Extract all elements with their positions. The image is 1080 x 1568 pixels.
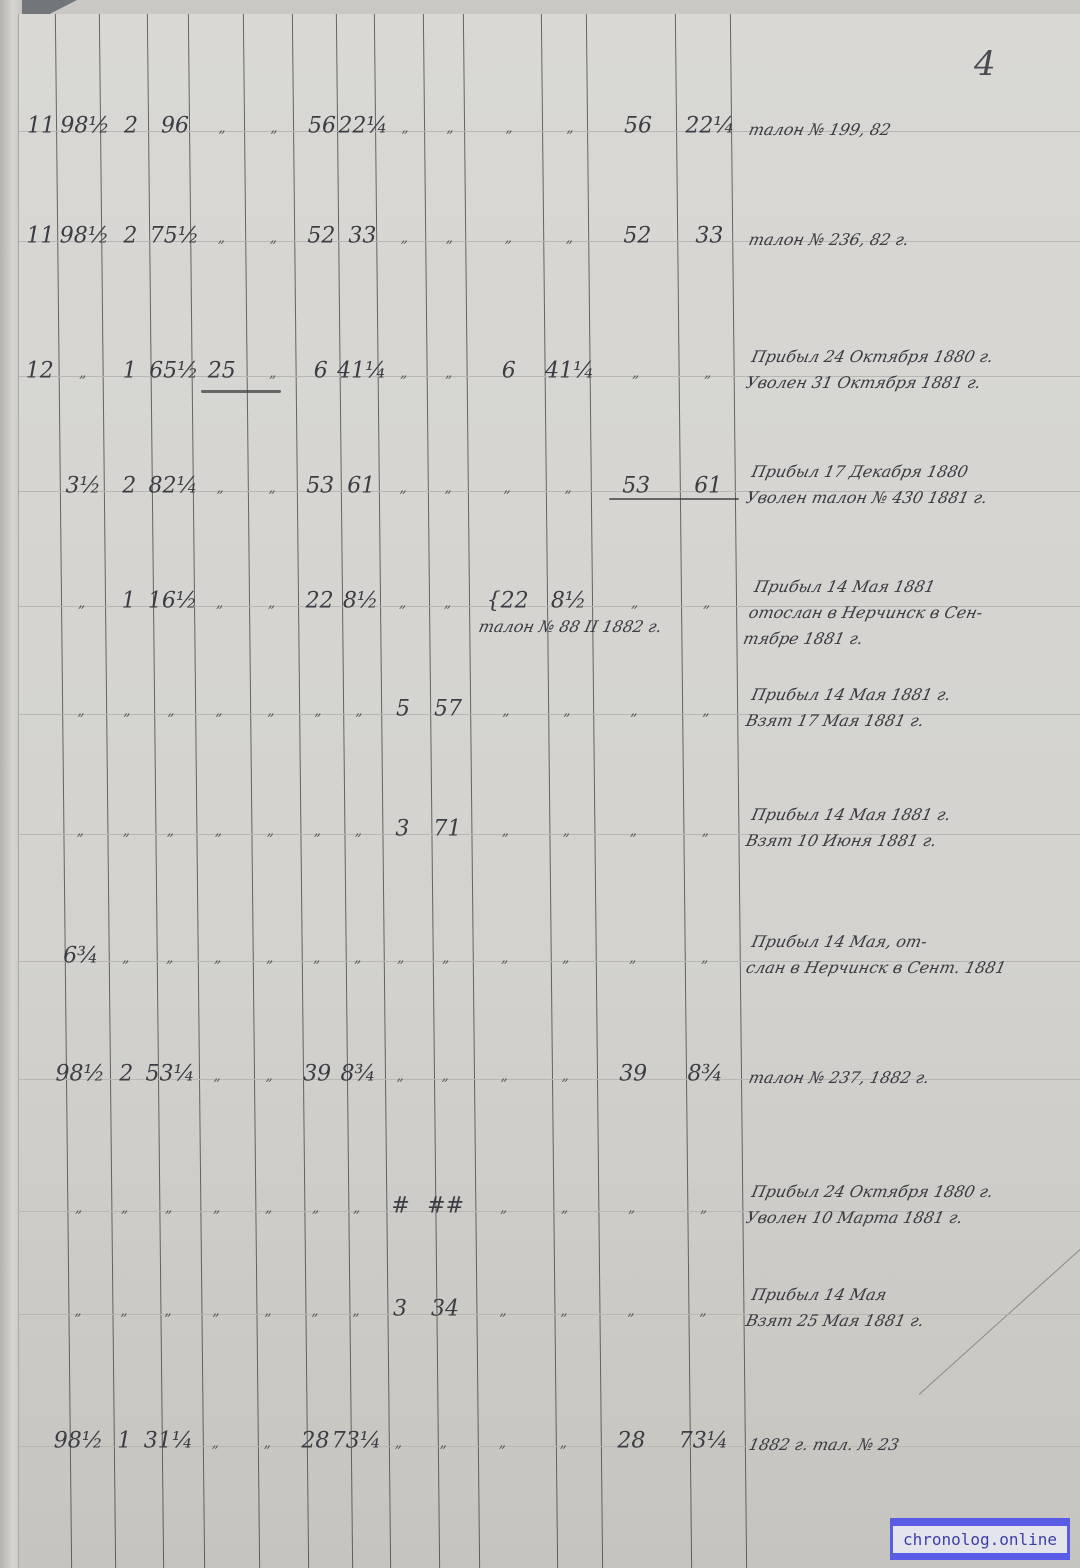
ledger-cell: 3: [395, 817, 409, 842]
column-rule: [463, 14, 480, 1568]
row-note: Прибыл 14 Мая, от-слан в Нерчинск в Сент…: [743, 929, 1014, 981]
note-line: Прибыл 14 Мая, от-: [749, 929, 1014, 955]
note-line: Уволен талон № 430 1881 г.: [743, 485, 989, 511]
column-rule: [675, 14, 692, 1568]
ledger-cell: 33: [695, 224, 723, 249]
ledger-cell: „: [311, 1303, 320, 1319]
note-line: талон № 236, 82 г.: [746, 227, 911, 253]
ledger-cell: 52: [307, 224, 335, 249]
ledger-cell: „: [167, 823, 176, 839]
ledger-cell: 28: [301, 1429, 329, 1454]
note-line: тябре 1881 г.: [741, 626, 980, 652]
row-note: талон № 237, 1882 г.: [746, 1065, 932, 1091]
ledger-cell: 73¼: [332, 1429, 381, 1454]
ledger-cell: „: [77, 823, 86, 839]
ledger-cell: 65½: [149, 359, 198, 384]
ledger-cell: „: [400, 365, 409, 381]
row-note: Прибыл 14 Мая 1881 г.Взят 10 Июня 1881 г…: [743, 802, 953, 854]
ledger-cell: „: [627, 1303, 636, 1319]
ledger-cell: {22: [487, 589, 529, 614]
ledger-cell: 39: [303, 1062, 331, 1087]
ledger-cell: „: [566, 230, 575, 246]
column-rule: [243, 14, 260, 1568]
note-line: Прибыл 17 Декабря 1880: [749, 459, 995, 485]
ledger-cell: 75½: [150, 224, 199, 249]
ledger-cell: „: [122, 950, 131, 966]
ledger-cell: 2: [119, 1062, 133, 1087]
watermark-text: chronolog.online: [893, 1526, 1067, 1553]
ledger-cell: „: [629, 950, 638, 966]
ledger-cell: „: [120, 1303, 129, 1319]
ledger-cell: 12: [26, 359, 54, 384]
ledger-cell: 56: [308, 114, 336, 139]
ledger-cell: 98½: [56, 1062, 105, 1087]
note-line: Уволен 10 Марта 1881 г.: [743, 1205, 990, 1231]
ledger-cell: 11: [26, 224, 54, 249]
ledger-cell: „: [214, 1068, 223, 1084]
ledger-cell: „: [630, 823, 639, 839]
note-line: талон № 199, 82: [746, 117, 893, 143]
ledger-page: 4 1198½296„„5622¼„„„„5622¼талон № 199, 8…: [18, 14, 1080, 1568]
ledger-cell: „: [628, 1200, 637, 1216]
row-note: талон № 236, 82 г.: [746, 227, 911, 253]
underline-mark: [201, 390, 281, 393]
ledger-cell: „: [268, 595, 277, 611]
ledger-cell: 25: [208, 359, 236, 384]
ledger-cell: „: [395, 1435, 404, 1451]
ledger-cell: „: [499, 1303, 508, 1319]
ledger-cell: „: [703, 595, 712, 611]
ledger-cell: „: [218, 120, 227, 136]
ledger-cell: 34: [431, 1297, 459, 1322]
ledger-cell: 6: [502, 359, 516, 384]
ledger-cell: „: [501, 1068, 510, 1084]
ledger-cell: 8½: [343, 589, 378, 614]
ledger-cell: 57: [434, 697, 462, 722]
ledger-cell: „: [505, 230, 514, 246]
ledger-cell: „: [269, 365, 278, 381]
column-rule: [730, 14, 747, 1568]
ledger-cell: „: [700, 1200, 709, 1216]
ledger-cell: 33: [348, 224, 376, 249]
ledger-cell: „: [123, 703, 132, 719]
fold-crease: [919, 1247, 1080, 1395]
page-number: 4: [974, 44, 996, 84]
ledger-cell: „: [563, 823, 572, 839]
note-line: талон № 237, 1882 г.: [746, 1065, 932, 1091]
ledger-cell: 22¼: [338, 114, 387, 139]
note-line: слан в Нерчинск в Сент. 1881: [743, 955, 1008, 981]
ledger-cell: ##: [427, 1194, 464, 1219]
ledger-cell: 5: [396, 697, 410, 722]
ledger-cell: „: [442, 1068, 451, 1084]
ledger-cell: „: [397, 1068, 406, 1084]
column-rule: [423, 14, 440, 1568]
ledger-cell: 6¾: [63, 944, 98, 969]
ledger-cell: 16½: [148, 589, 197, 614]
ledger-cell: 53: [622, 474, 650, 499]
ledger-cell: „: [77, 703, 86, 719]
ledger-cell: 52: [623, 224, 651, 249]
row-note: Прибыл 14 Мая 1881отослан в Нерчинск в С…: [741, 574, 991, 652]
ledger-cell: „: [314, 823, 323, 839]
ledger-cell: „: [215, 703, 224, 719]
ledger-cell: „: [266, 1068, 275, 1084]
row-note: Прибыл 24 Октября 1880 г.Уволен 31 Октяб…: [743, 344, 995, 396]
ledger-cell: „: [270, 230, 279, 246]
ledger-cell: 2: [124, 114, 138, 139]
note-line: Взят 17 Мая 1881 г.: [743, 708, 947, 734]
ledger-cell: 8½: [551, 589, 586, 614]
ledger-cell: „: [212, 1435, 221, 1451]
row-note: 1882 г. тал. № 23: [746, 1432, 901, 1458]
ledger-cell: „: [566, 120, 575, 136]
ledger-cell: „: [504, 480, 513, 496]
ledger-cell: „: [702, 703, 711, 719]
ledger-cell: 41¼: [545, 359, 594, 384]
ledger-cell: „: [442, 950, 451, 966]
ledger-cell: 1: [117, 1429, 131, 1454]
ledger-cell: „: [445, 365, 454, 381]
row-subnote: талон № 88 II 1882 г.: [476, 614, 664, 640]
ledger-cell: „: [562, 1068, 571, 1084]
ledger-cell: 1: [122, 589, 136, 614]
ledger-cell: „: [632, 365, 641, 381]
note-line: 1882 г. тал. № 23: [746, 1432, 901, 1458]
ledger-cell: „: [502, 703, 511, 719]
ledger-cell: „: [701, 950, 710, 966]
ledger-cell: 31¼: [144, 1429, 193, 1454]
ledger-cell: „: [502, 823, 511, 839]
ledger-cell: 61: [694, 474, 722, 499]
ledger-cell: „: [630, 703, 639, 719]
ledger-cell: „: [218, 230, 227, 246]
row-note: Прибыл 14 МаяВзят 25 Мая 1881 г.: [743, 1282, 931, 1334]
ledger-cell: 22¼: [685, 114, 734, 139]
ledger-cell: „: [264, 1303, 273, 1319]
note-line: Прибыл 14 Мая 1881: [752, 574, 991, 600]
ledger-cell: „: [352, 1303, 361, 1319]
ledger-cell: „: [75, 1200, 84, 1216]
ledger-cell: 71: [433, 817, 461, 842]
row-note: Прибыл 14 Мая 1881 г.Взят 17 Мая 1881 г.: [743, 682, 953, 734]
note-line: Прибыл 14 Мая: [749, 1282, 932, 1308]
ledger-cell: „: [562, 950, 571, 966]
ledger-cell: 53¼: [146, 1062, 195, 1087]
ledger-cell: „: [165, 1200, 174, 1216]
ledger-cell: „: [269, 480, 278, 496]
ledger-cell: 8¾: [688, 1062, 723, 1087]
ledger-cell: 3: [393, 1297, 407, 1322]
ledger-cell: „: [401, 120, 410, 136]
ledger-cell: #: [391, 1194, 409, 1219]
ledger-cell: „: [74, 1303, 83, 1319]
note-line: Прибыл 14 Мая 1881 г.: [749, 682, 953, 708]
ledger-cell: 98½: [60, 224, 109, 249]
ledger-cell: „: [312, 1200, 321, 1216]
ledger-cell: „: [565, 480, 574, 496]
ledger-cell: 6: [314, 359, 328, 384]
ledger-cell: „: [355, 823, 364, 839]
column-rule: [586, 14, 603, 1568]
watermark: chronolog.online: [890, 1518, 1070, 1560]
ledger-cell: 22: [306, 589, 334, 614]
ledger-cell: 53: [306, 474, 334, 499]
row-note: Прибыл 24 Октября 1880 г.Уволен 10 Марта…: [743, 1179, 995, 1231]
ledger-cell: „: [500, 1200, 509, 1216]
ledger-cell: „: [444, 595, 453, 611]
ledger-cell: „: [499, 1435, 508, 1451]
ledger-cell: „: [314, 703, 323, 719]
ledger-cell: 2: [123, 224, 137, 249]
ledger-cell: „: [264, 1435, 273, 1451]
row-note: талон № 199, 82: [746, 117, 893, 143]
ledger-cell: „: [560, 1435, 569, 1451]
ledger-cell: „: [166, 950, 175, 966]
ledger-cell: „: [313, 950, 322, 966]
ledger-cell: „: [563, 703, 572, 719]
ledger-cell: „: [164, 1303, 173, 1319]
ledger-cell: „: [212, 1303, 221, 1319]
ledger-cell: 11: [27, 114, 55, 139]
ledger-cell: „: [353, 1200, 362, 1216]
ledger-cell: „: [121, 1200, 130, 1216]
ledger-cell: 96: [161, 114, 189, 139]
ledger-cell: 98½: [60, 114, 109, 139]
ledger-cell: „: [167, 703, 176, 719]
ledger-cell: 2: [122, 474, 136, 499]
ledger-cell: „: [213, 1200, 222, 1216]
ledger-cell: 28: [617, 1429, 645, 1454]
ledger-cell: „: [266, 950, 275, 966]
ledger-cell: „: [214, 950, 223, 966]
ledger-cell: „: [397, 950, 406, 966]
ledger-cell: 41¼: [337, 359, 386, 384]
row-note: Прибыл 17 Декабря 1880Уволен талон № 430…: [743, 459, 995, 511]
note-line: отослан в Нерчинск в Сен-: [746, 600, 985, 626]
ledger-cell: „: [400, 480, 409, 496]
ledger-cell: „: [123, 823, 132, 839]
ledger-cell: „: [505, 120, 514, 136]
ledger-cell: „: [440, 1435, 449, 1451]
ledger-cell: 3½: [66, 474, 101, 499]
ledger-cell: „: [216, 595, 225, 611]
ledger-cell: „: [79, 365, 88, 381]
ledger-cell: „: [270, 120, 279, 136]
ledger-cell: „: [561, 1200, 570, 1216]
ledger-cell: 56: [624, 114, 652, 139]
ledger-cell: „: [215, 823, 224, 839]
ledger-cell: 39: [619, 1062, 647, 1087]
ledger-cell: 98½: [54, 1429, 103, 1454]
ledger-cell: 82¼: [149, 474, 198, 499]
ledger-cell: 73¼: [679, 1429, 728, 1454]
ledger-cell: „: [267, 703, 276, 719]
note-line: Уволен 31 Октября 1881 г.: [743, 370, 990, 396]
note-line: Взят 10 Июня 1881 г.: [743, 828, 947, 854]
ledger-cell: „: [446, 120, 455, 136]
ledger-cell: „: [702, 823, 711, 839]
ledger-cell: „: [354, 950, 363, 966]
ledger-cell: „: [445, 480, 454, 496]
note-line: Прибыл 24 Октября 1880 г.: [749, 344, 996, 370]
ledger-cell: „: [355, 703, 364, 719]
ledger-cell: 8¾: [341, 1062, 376, 1087]
ledger-cell: „: [501, 950, 510, 966]
ledger-cell: „: [446, 230, 455, 246]
ledger-cell: „: [267, 823, 276, 839]
ledger-cell: „: [699, 1303, 708, 1319]
ledger-cell: 1: [123, 359, 137, 384]
note-line: Взят 25 Мая 1881 г.: [743, 1308, 926, 1334]
ledger-cell: 61: [347, 474, 375, 499]
ledger-cell: „: [631, 595, 640, 611]
note-line: Прибыл 14 Мая 1881 г.: [749, 802, 953, 828]
note-line: Прибыл 24 Октября 1880 г.: [749, 1179, 996, 1205]
ledger-cell: „: [217, 480, 226, 496]
ledger-cell: „: [399, 595, 408, 611]
ledger-cell: „: [704, 365, 713, 381]
ledger-cell: „: [78, 595, 87, 611]
column-rule: [541, 14, 558, 1568]
ledger-cell: „: [560, 1303, 569, 1319]
ledger-cell: „: [265, 1200, 274, 1216]
ledger-cell: „: [401, 230, 410, 246]
column-rule: [374, 14, 391, 1568]
